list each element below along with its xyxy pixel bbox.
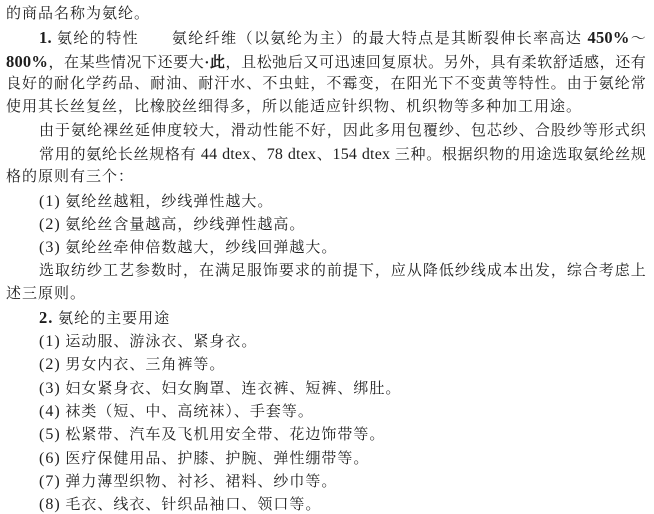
text-segment: (2) — [39, 356, 61, 373]
text-line: 述三原则。 — [6, 283, 646, 306]
document-page: 的商品名称为氨纶。1. 氨纶的特性 氨纶纤维（以氨纶为主）的最大特点是其断裂伸长… — [0, 0, 654, 514]
text-line: 良好的耐化学药品、耐油、耐汗水、不虫蛀，不霉变，在阳光下不变黄等特性。由于氨纶常 — [6, 73, 646, 96]
text-line: 选取纺纱工艺参数时，在满足服饰要求的前提下，应从降低纱线成本出发，综合考虑上 — [6, 260, 646, 283]
text-line: 常用的氨纶长丝规格有 44 dtex、78 dtex、154 dtex 三种。根… — [6, 143, 646, 166]
text-segment: 松紧带、汽车及飞机用安全带、花边饰带等。 — [61, 427, 386, 443]
text-segment: 氨纶丝越粗，纱线弹性越大。 — [61, 194, 274, 210]
text-segment: 毛衣、线衣、针织品袖口、领口等。 — [61, 497, 322, 513]
text-segment: 78 dtex — [267, 146, 317, 163]
text-segment: 男女内衣、三角裤等。 — [61, 357, 226, 373]
text-segment: 选取纺纱工艺参数时，在满足服饰要求的前提下，应从降低纱线成本出发，综合考虑上 — [39, 263, 646, 279]
text-segment: (3) — [39, 239, 61, 256]
text-line: (2) 氨纶丝含量越高，纱线弹性越高。 — [6, 213, 646, 236]
text-segment: 、 — [316, 147, 332, 163]
text-segment: 、 — [250, 147, 266, 163]
text-segment: 常用的氨纶长丝规格有 — [39, 147, 201, 163]
text-segment: (1) — [39, 193, 61, 210]
text-segment: 的商品名称为氨纶。 — [6, 6, 150, 22]
text-line: 由于氨纶裸丝延伸度较大，滑动性能不好，因此多用包覆纱、包芯纱、合股纱等形式织制。 — [6, 120, 646, 143]
text-segment: 1. — [39, 28, 52, 47]
text-segment: 良好的耐化学药品、耐油、耐汗水、不虫蛀，不霉变，在阳光下不变黄等特性。由于氨纶常 — [6, 76, 646, 92]
text-segment: 运动服、游泳衣、紧身衣。 — [61, 334, 258, 350]
text-segment: ·此 — [204, 55, 225, 71]
text-line: (2) 男女内衣、三角裤等。 — [6, 353, 646, 376]
text-segment: 由于氨纶裸丝延伸度较大，滑动性能不好，因此多用包覆纱、包芯纱、合股纱等形式织制。 — [39, 123, 646, 143]
text-line: (4) 袜类（短、中、高统袜）、手套等。 — [6, 400, 646, 423]
text-segment: 弹力薄型织物、衬衫、裙料、纱巾等。 — [61, 474, 338, 490]
text-segment: 氨纶丝含量越高，纱线弹性越高。 — [61, 217, 306, 233]
text-segment: ，且松弛后又可迅速回复原状。另外，具有柔软舒适感，还有 — [226, 55, 646, 71]
text-line: (5) 松紧带、汽车及飞机用安全带、花边饰带等。 — [6, 423, 646, 446]
text-segment: 800% — [6, 52, 48, 71]
text-line: 1. 氨纶的特性 氨纶纤维（以氨纶为主）的最大特点是其断裂伸长率高达 450%～ — [6, 26, 646, 49]
text-segment: 氨纶纤维（以氨纶为主）的最大特点是其断裂伸长率高达 — [172, 31, 588, 47]
text-segment: 三种。根据织物的用途选取氨纶丝规 — [390, 147, 646, 163]
text-segment: ，在某些情况下还要大 — [48, 55, 204, 71]
text-line: (1) 运动服、游泳衣、紧身衣。 — [6, 330, 646, 353]
text-segment: 2. — [39, 308, 53, 327]
text-segment: (5) — [39, 426, 61, 443]
text-segment: 154 dtex — [333, 146, 391, 163]
text-segment: 袜类（短、中、高统袜）、手套等。 — [61, 404, 314, 420]
text-segment: (3) — [39, 380, 61, 397]
text-segment: (4) — [39, 403, 61, 420]
text-segment: (1) — [39, 333, 61, 350]
text-line: (3) 妇女紧身衣、妇女胸罩、连衣裤、短裤、绑肚。 — [6, 377, 646, 400]
text-segment: (7) — [39, 473, 61, 490]
text-segment: 使用其长丝复丝，比橡胶丝细得多，所以能适应针织物、机织物等多种加工用途。 — [6, 99, 582, 115]
text-line: 使用其长丝复丝，比橡胶丝细得多，所以能适应针织物、机织物等多种加工用途。 — [6, 96, 646, 119]
text-segment: 氨纶的特性 — [52, 31, 139, 47]
text-segment: 氨纶的主要用途 — [53, 311, 170, 327]
text-line: (7) 弹力薄型织物、衬衫、裙料、纱巾等。 — [6, 470, 646, 493]
text-line: (1) 氨纶丝越粗，纱线弹性越大。 — [6, 190, 646, 213]
text-segment: 医疗保健用品、护膝、护腕、弹性绷带等。 — [61, 451, 370, 467]
text-segment: 述三原则。 — [6, 286, 86, 302]
text-segment: (8) — [39, 496, 61, 513]
text-segment: (2) — [39, 216, 61, 233]
document-body: 的商品名称为氨纶。1. 氨纶的特性 氨纶纤维（以氨纶为主）的最大特点是其断裂伸长… — [6, 3, 646, 514]
text-segment: (6) — [39, 450, 61, 467]
text-line: 格的原则有三个： — [6, 166, 646, 189]
text-segment: ～ — [630, 31, 646, 47]
text-segment: 450% — [588, 28, 630, 47]
text-line: (3) 氨纶丝牵伸倍数越大，纱线回弹越大。 — [6, 236, 646, 259]
text-line: (6) 医疗保健用品、护膝、护腕、弹性绷带等。 — [6, 447, 646, 470]
text-segment: 妇女紧身衣、妇女胸罩、连衣裤、短裤、绑肚。 — [61, 381, 402, 397]
text-segment: 格的原则有三个： — [6, 169, 134, 185]
text-segment: 氨纶丝牵伸倍数越大，纱线回弹越大。 — [61, 240, 338, 256]
text-line: 2. 氨纶的主要用途 — [6, 306, 646, 329]
text-line: 的商品名称为氨纶。 — [6, 3, 646, 26]
text-line: (8) 毛衣、线衣、针织品袖口、领口等。 — [6, 493, 646, 514]
text-segment: 44 dtex — [201, 146, 251, 163]
text-segment — [139, 31, 172, 47]
text-line: 800%，在某些情况下还要大·此，且松弛后又可迅速回复原状。另外，具有柔软舒适感… — [6, 50, 646, 73]
